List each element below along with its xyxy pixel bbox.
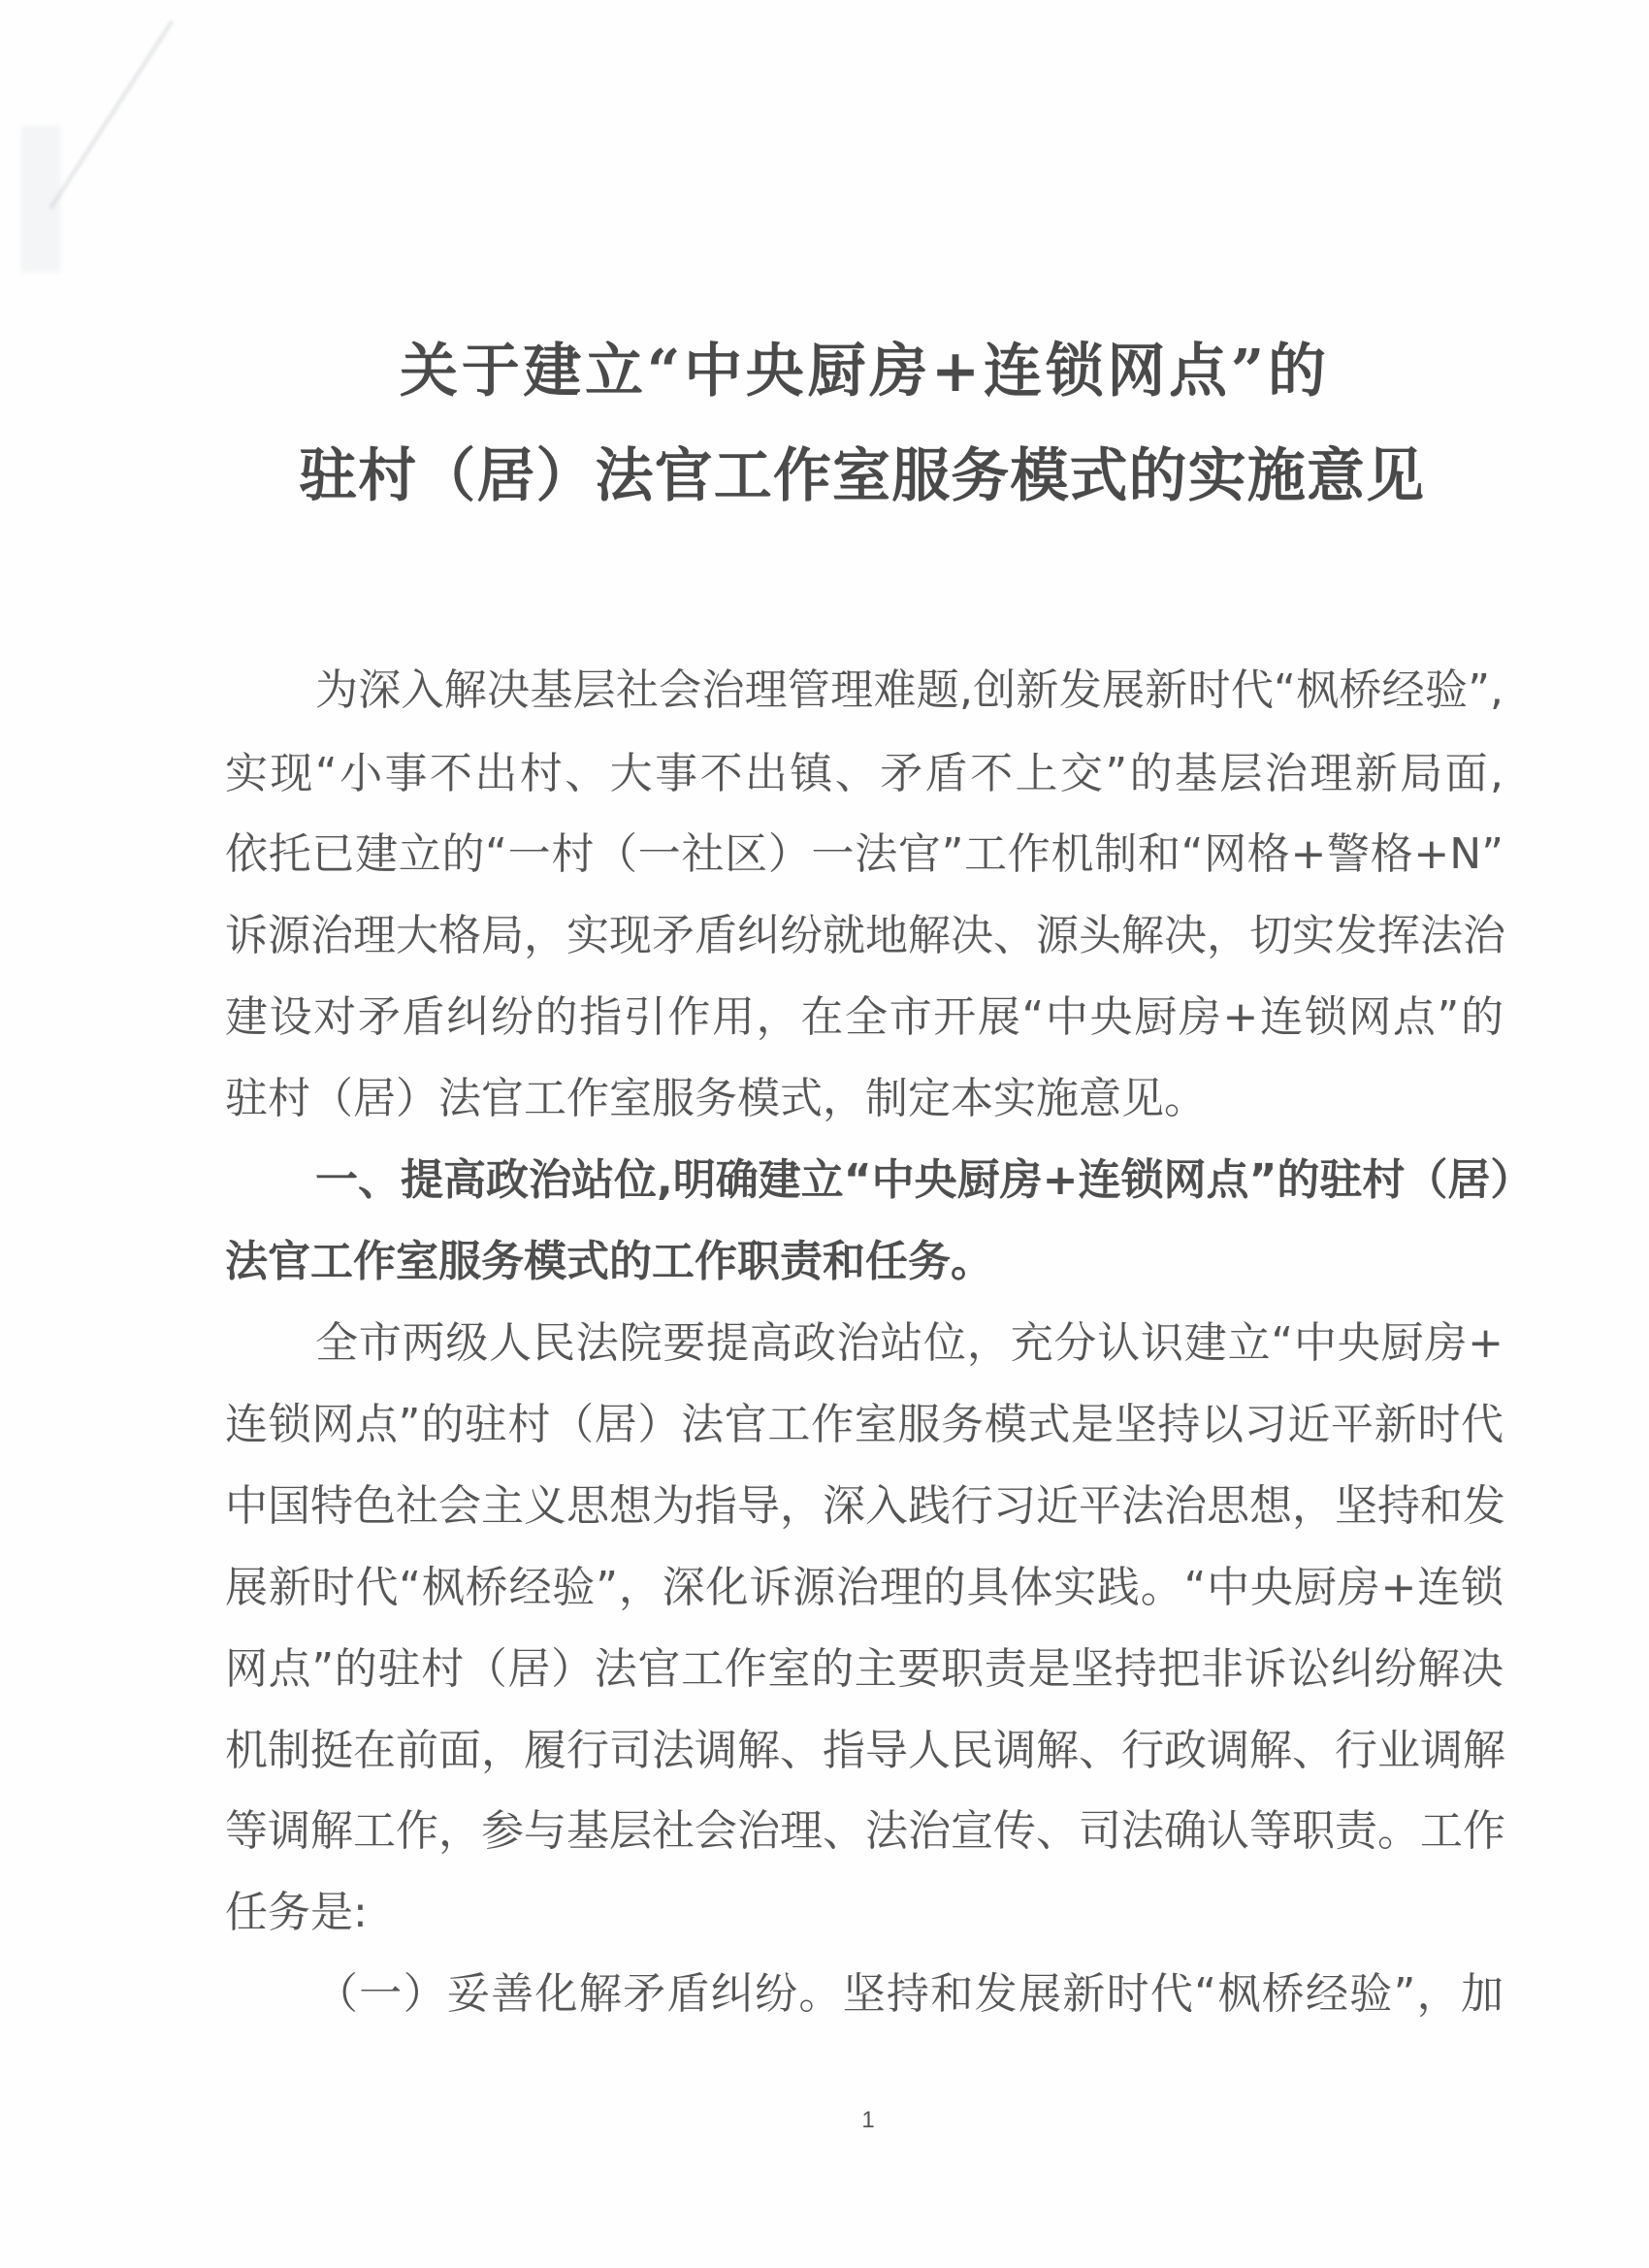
section-heading-1-line-1: 一、提高政治站位,明确建立“中央厨房+连锁网点”的驻村（居） — [315, 1153, 1503, 1208]
document-page: 关于建立“中央厨房+连锁网点”的 驻村（居）法官工作室服务模式的实施意见 为深入… — [0, 0, 1649, 2268]
paragraph-2-line-5: 网点”的驻村（居）法官工作室的主要职责是坚持把非诉讼纠纷解决 — [225, 1642, 1503, 1697]
paragraph-2-line-1: 全市两级人民法院要提高政治站位，充分认识建立“中央厨房+ — [315, 1316, 1503, 1371]
paragraph-2-line-4: 展新时代“枫桥经验”，深化诉源治理的具体实践。“中央厨房+连锁 — [225, 1561, 1503, 1615]
paragraph-1-line-3: 依托已建立的“一村（一社区）一法官”工作机制和“网格+警格+N” — [225, 827, 1503, 882]
paragraph-1-line-4: 诉源治理大格局，实现矛盾纠纷就地解决、源头解决，切实发挥法治 — [225, 909, 1503, 963]
scan-fold-shadow — [48, 19, 175, 210]
paragraph-2-line-2: 连锁网点”的驻村（居）法官工作室服务模式是坚持以习近平新时代 — [225, 1398, 1503, 1452]
paragraph-3-line-1: （一）妥善化解矛盾纠纷。坚持和发展新时代“枫桥经验”，加 — [315, 1967, 1503, 2022]
paragraph-2-line-7: 等调解工作，参与基层社会治理、法治宣传、司法确认等职责。工作 — [225, 1804, 1503, 1859]
paragraph-2-line-8: 任务是: — [225, 1886, 1503, 1940]
paragraph-1-line-5: 建设对矛盾纠纷的指引作用，在全市开展“中央厨房+连锁网点”的 — [225, 990, 1503, 1045]
paragraph-1-line-1: 为深入解决基层社会治理管理难题,创新发展新时代“枫桥经验”, — [315, 664, 1503, 718]
paragraph-1-line-2: 实现“小事不出村、大事不出镇、矛盾不上交”的基层治理新局面, — [225, 747, 1503, 801]
page-number: 1 — [854, 2107, 883, 2134]
paragraph-1-line-6: 驻村（居）法官工作室服务模式，制定本实施意见。 — [225, 1072, 1503, 1126]
paragraph-2-line-6: 机制挺在前面，履行司法调解、指导人民调解、行政调解、行业调解 — [225, 1724, 1503, 1778]
paragraph-2-line-3: 中国特色社会主义思想为指导，深入践行习近平法治思想，坚持和发 — [225, 1479, 1503, 1534]
document-title-line-1: 关于建立“中央厨房+连锁网点”的 — [400, 338, 1326, 405]
document-title-line-2: 驻村（居）法官工作室服务模式的实施意见 — [299, 442, 1424, 510]
section-heading-1-line-2: 法官工作室服务模式的工作职责和任务。 — [225, 1235, 1503, 1289]
